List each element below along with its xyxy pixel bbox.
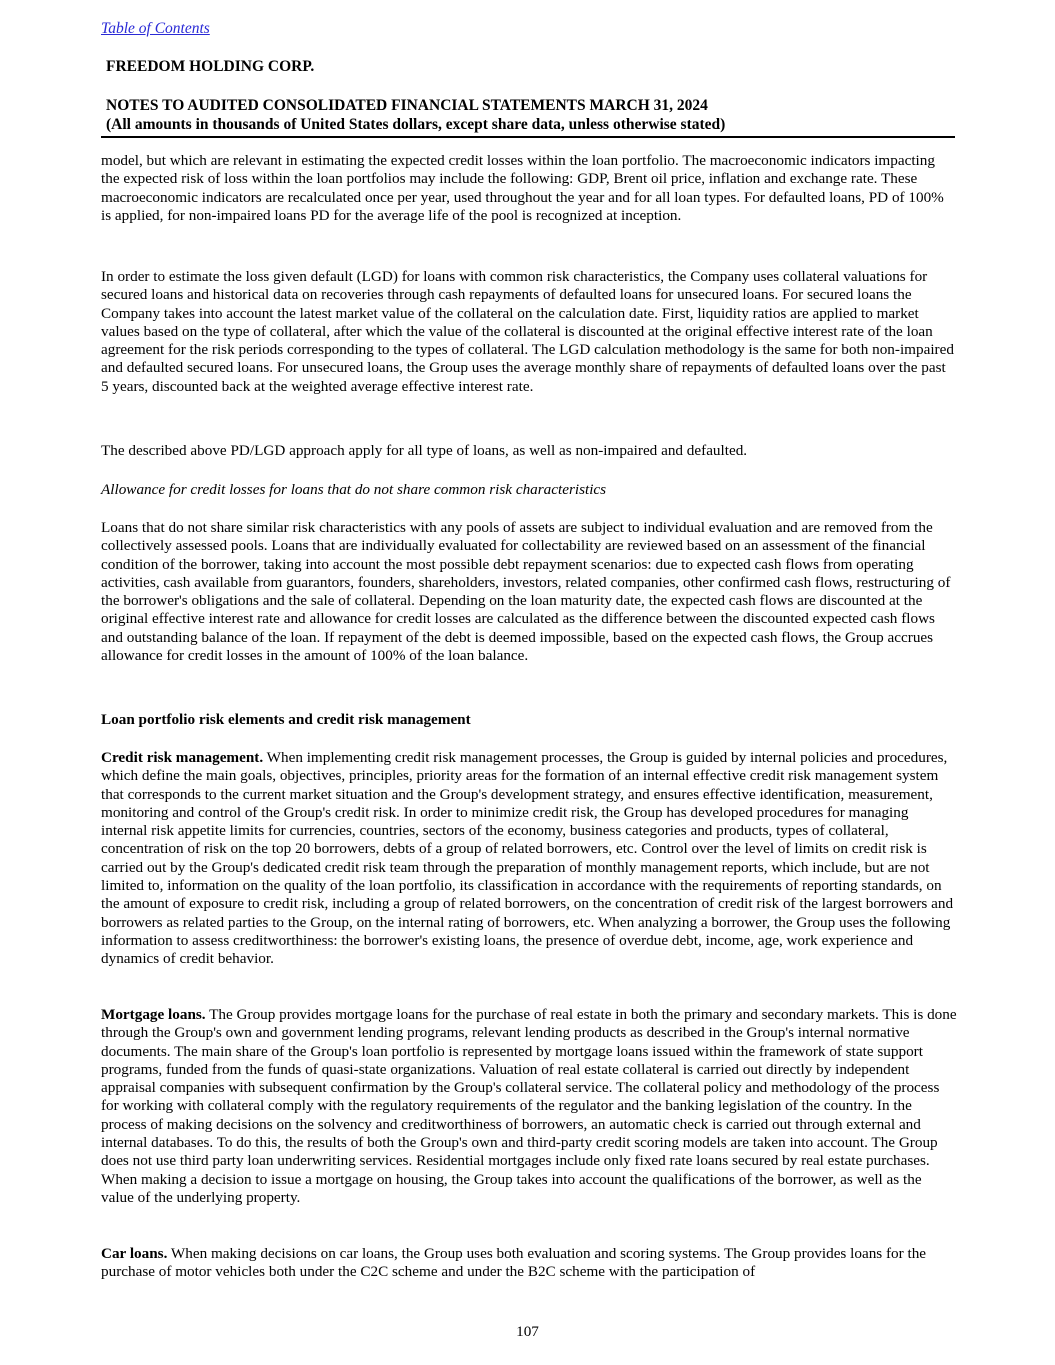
paragraph-lgd-estimation: In order to estimate the loss given defa… (101, 268, 957, 396)
mortgage-lead: Mortgage loans. (101, 1006, 206, 1023)
notes-title-block: NOTES TO AUDITED CONSOLIDATED FINANCIAL … (106, 96, 725, 134)
company-name: FREEDOM HOLDING CORP. (106, 58, 314, 76)
paragraph-car-loans: Car loans. When making decisions on car … (101, 1245, 957, 1282)
mortgage-text: The Group provides mortgage loans for th… (101, 1006, 957, 1206)
paragraph-individual-evaluation: Loans that do not share similar risk cha… (101, 519, 957, 665)
paragraph-pd-lgd-approach: The described above PD/LGD approach appl… (101, 442, 957, 460)
header-divider (101, 136, 955, 138)
paragraph-macroeconomic-indicators: model, but which are relevant in estimat… (101, 152, 957, 225)
notes-title: NOTES TO AUDITED CONSOLIDATED FINANCIAL … (106, 96, 725, 115)
credit-risk-lead: Credit risk management. (101, 749, 263, 766)
table-of-contents-link[interactable]: Table of Contents (101, 20, 210, 38)
section-heading-loan-portfolio-risk: Loan portfolio risk elements and credit … (101, 711, 957, 729)
car-loans-lead: Car loans. (101, 1245, 167, 1262)
car-loans-text: When making decisions on car loans, the … (101, 1245, 926, 1280)
credit-risk-text: When implementing credit risk management… (101, 749, 953, 967)
paragraph-mortgage-loans: Mortgage loans. The Group provides mortg… (101, 1006, 957, 1207)
page-number: 107 (0, 1323, 1055, 1341)
paragraph-credit-risk-management: Credit risk management. When implementin… (101, 749, 957, 969)
section-heading-allowance: Allowance for credit losses for loans th… (101, 481, 957, 499)
notes-subtitle: (All amounts in thousands of United Stat… (106, 115, 725, 134)
